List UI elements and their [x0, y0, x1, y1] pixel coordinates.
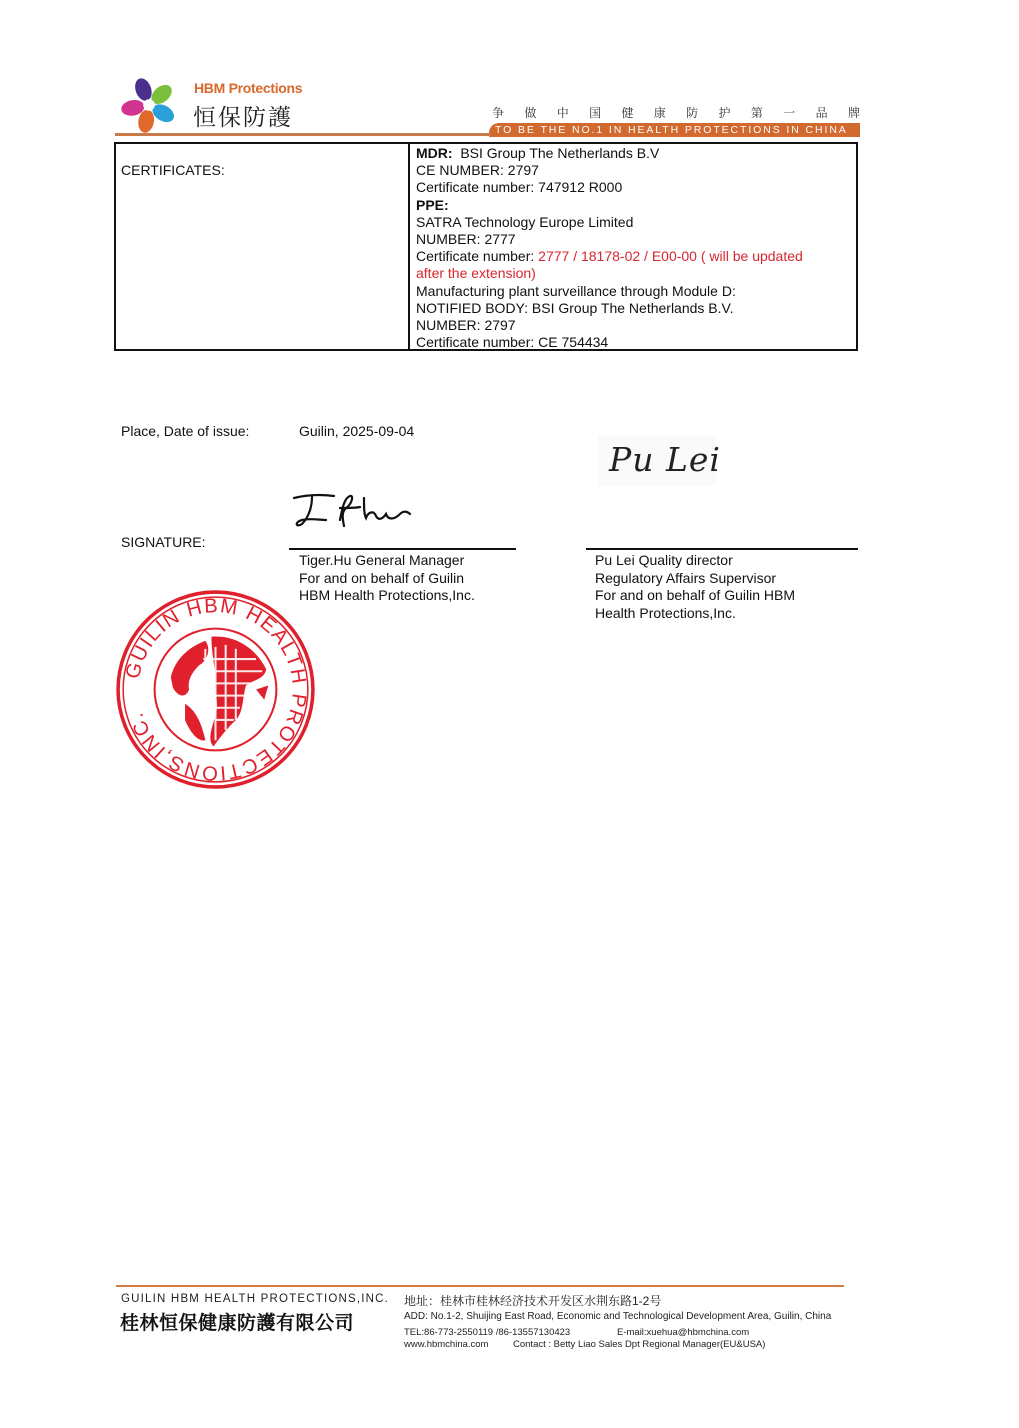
signer-2-behalf: For and on behalf of Guilin HBM: [595, 587, 795, 605]
hbm-hands-logo-icon: [120, 76, 178, 134]
signer-1-name-title: Tiger.Hu General Manager: [299, 552, 475, 570]
footer-contact: Contact : Betty Liao Sales Dpt Regional …: [513, 1339, 765, 1350]
slogan-en-banner: TO BE THE NO.1 IN HEALTH PROTECTIONS IN …: [489, 123, 860, 137]
signer-2-role: Regulatory Affairs Supervisor: [595, 570, 795, 588]
slogan-char: 中: [557, 104, 569, 121]
slogan-char: 护: [719, 104, 731, 121]
mdr-certificate-number: Certificate number: 747912 R000: [416, 179, 803, 196]
footer-company-name-cn: 桂林恒保健康防護有限公司: [120, 1308, 354, 1335]
footer-telephone: TEL:86-773-2550119 /86-13557130423: [404, 1327, 570, 1338]
ppe-certificate-number: 2777 / 18178-02 / E00-00 ( will be updat…: [538, 248, 803, 264]
slogan-char: 第: [751, 104, 763, 121]
ppe-cert-prefix: Certificate number:: [416, 248, 538, 264]
slogan-char: 康: [654, 104, 666, 121]
ppe-certificate-note: after the extension): [416, 265, 803, 282]
header-divider: [115, 133, 491, 136]
signature-line-2: [586, 548, 858, 550]
slogan-char: 牌: [848, 104, 860, 121]
footer-website: www.hbmchina.com: [404, 1339, 488, 1350]
signature-label: SIGNATURE:: [121, 534, 206, 550]
footer-email: E-mail:xuehua@hbmchina.com: [617, 1327, 749, 1338]
certificates-label: CERTIFICATES:: [121, 162, 225, 178]
slogan-cn: 争 做 中 国 健 康 防 护 第 一 品 牌: [492, 104, 860, 121]
mdr-line: MDR: BSI Group The Netherlands B.V: [416, 145, 803, 162]
ce-number: CE NUMBER: 2797: [416, 162, 803, 179]
ppe-body: SATRA Technology Europe Limited: [416, 214, 803, 231]
company-seal-stamp-icon: GUILIN HBM HEALTH PROTECTIONS,INC.: [114, 588, 317, 791]
mdr-body: BSI Group The Netherlands B.V: [460, 145, 659, 161]
signature-pu-lei-handwriting: Pu Lei: [609, 440, 721, 479]
signature-line-1: [289, 548, 516, 550]
footer-divider: [116, 1285, 844, 1287]
footer-address-en: ADD: No.1-2, Shuijing East Road, Economi…: [404, 1311, 831, 1322]
ppe-number: NUMBER: 2777: [416, 231, 803, 248]
notified-body: NOTIFIED BODY: BSI Group The Netherlands…: [416, 300, 803, 317]
signer-2-name-title: Pu Lei Quality director: [595, 552, 795, 570]
mdr-label: MDR:: [416, 145, 453, 161]
slogan-char: 国: [589, 104, 601, 121]
notified-body-number: NUMBER: 2797: [416, 317, 803, 334]
brand-name-cn: 恒保防護: [193, 99, 293, 132]
slogan-char: 品: [816, 104, 828, 121]
signer-2-block: Pu Lei Quality director Regulatory Affai…: [595, 552, 795, 622]
slogan-char: 一: [783, 104, 795, 121]
module-d-line: Manufacturing plant surveillance through…: [416, 283, 803, 300]
signer-1-company: HBM Health Protections,Inc.: [299, 587, 475, 605]
notified-body-certificate: Certificate number: CE 754434: [416, 334, 803, 351]
place-date-label: Place, Date of issue:: [121, 423, 249, 439]
signer-1-block: Tiger.Hu General Manager For and on beha…: [299, 552, 475, 605]
place-date-value: Guilin, 2025-09-04: [299, 423, 414, 439]
signer-2-company: Health Protections,Inc.: [595, 605, 795, 623]
brand-name-en: HBM Protections: [194, 80, 302, 96]
certificates-details: MDR: BSI Group The Netherlands B.V CE NU…: [416, 145, 803, 351]
table-column-divider: [408, 142, 410, 351]
slogan-char: 防: [686, 104, 698, 121]
ppe-label: PPE:: [416, 197, 449, 213]
slogan-char: 健: [621, 104, 633, 121]
footer-address-cn: 地址：桂林市桂林经济技术开发区水荆东路1-2号: [404, 1292, 661, 1309]
slogan-char: 做: [524, 104, 536, 121]
signer-1-behalf: For and on behalf of Guilin: [299, 570, 475, 588]
ppe-certificate-line: Certificate number: 2777 / 18178-02 / E0…: [416, 248, 803, 265]
signature-tiger-hu-handwriting-icon: [290, 490, 420, 532]
slogan-char: 争: [492, 104, 504, 121]
footer-company-name-en: GUILIN HBM HEALTH PROTECTIONS,INC.: [121, 1293, 389, 1305]
